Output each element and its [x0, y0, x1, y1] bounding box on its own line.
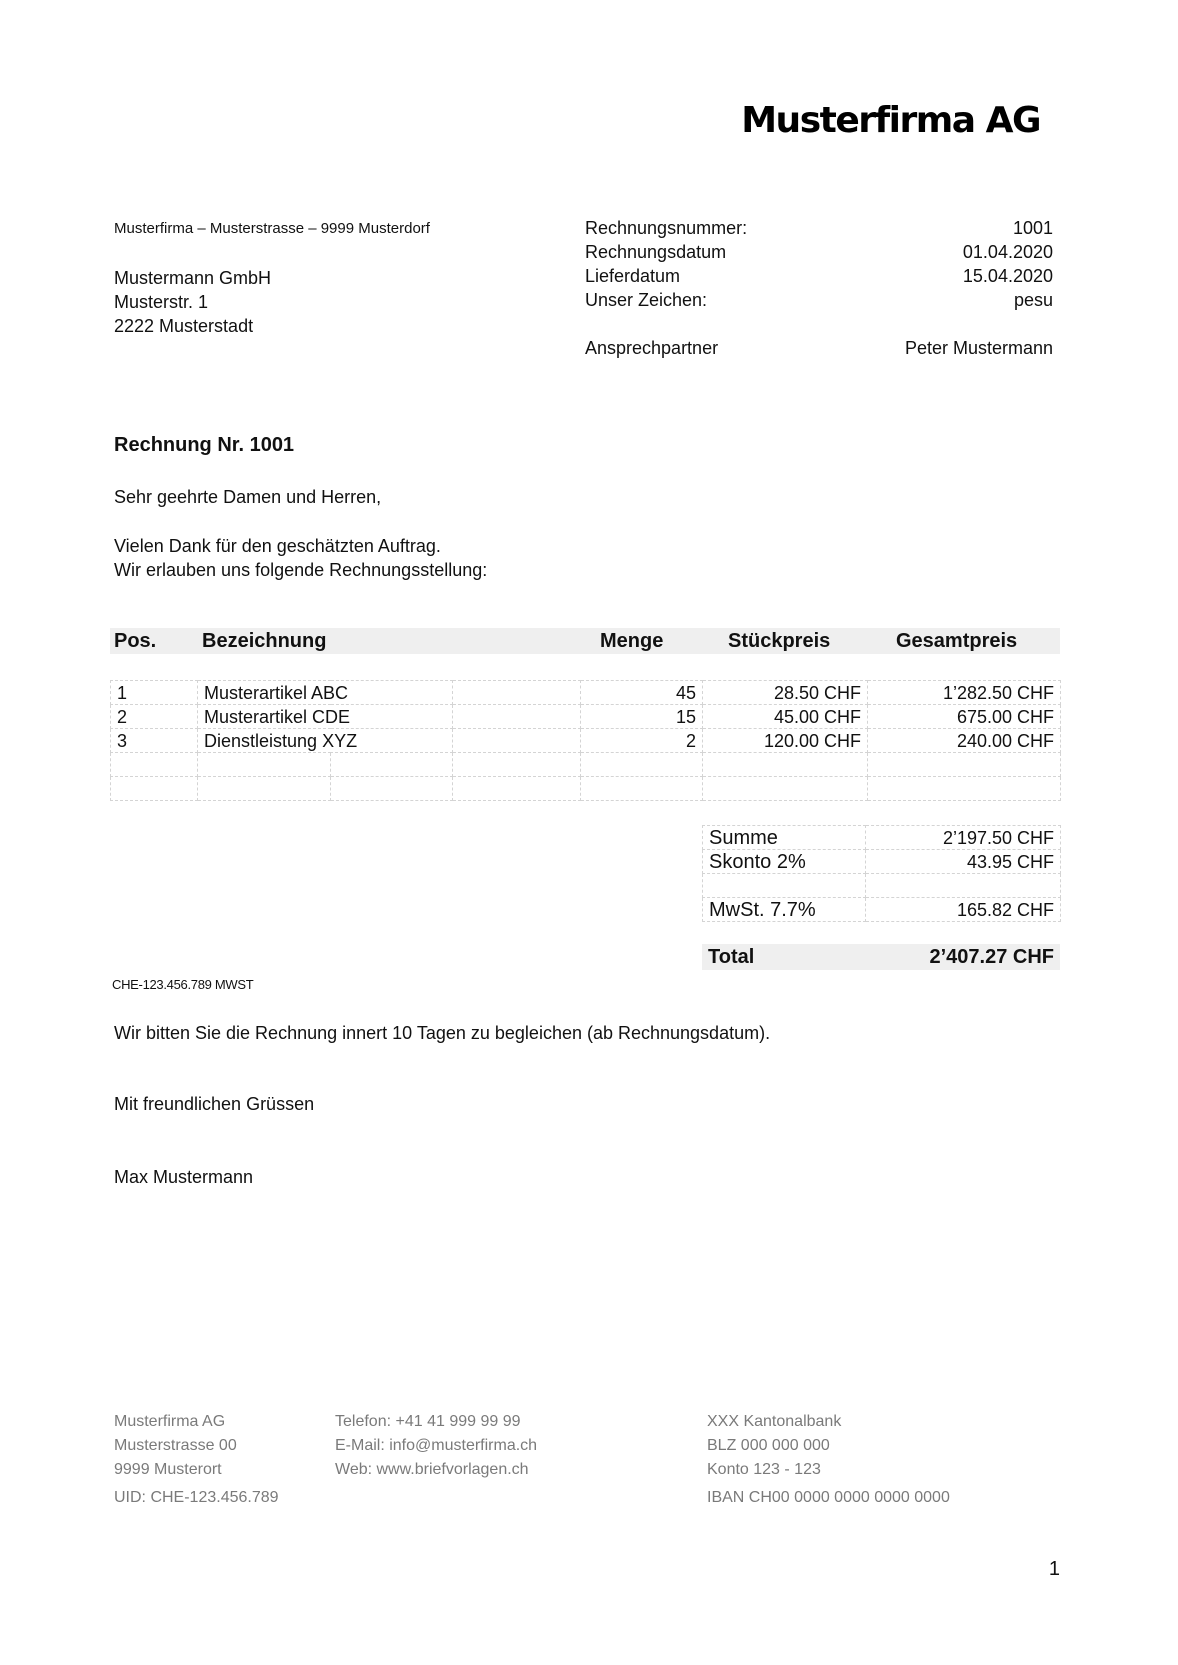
info-row-reference: Unser Zeichen: pesu: [585, 288, 1053, 312]
cell-pos: 2: [111, 705, 198, 729]
cell-unit-price: [703, 777, 868, 801]
cell-pos: [111, 753, 198, 777]
cell-empty: [198, 777, 331, 801]
table-row: 1Musterartikel ABC4528.50 CHF1’282.50 CH…: [111, 681, 1061, 705]
info-label: Lieferdatum: [585, 264, 680, 288]
cell-empty: [453, 753, 581, 777]
footer-email[interactable]: E-Mail: info@musterfirma.ch: [335, 1434, 537, 1458]
cell-empty: [453, 729, 581, 753]
cell-empty: [453, 777, 581, 801]
invoice-subject: Rechnung Nr. 1001: [114, 434, 294, 457]
footer-phone: Telefon: +41 41 999 99 99: [335, 1410, 537, 1434]
table-row: [111, 753, 1061, 777]
footer-iban: IBAN CH00 0000 0000 0000 0000: [707, 1486, 950, 1510]
cell-empty: [331, 753, 453, 777]
cell-unit-price: 45.00 CHF: [703, 705, 868, 729]
info-label: Rechnungsdatum: [585, 240, 726, 264]
cell-unit-price: [703, 753, 868, 777]
summary-value: 2’197.50 CHF: [866, 826, 1061, 850]
footer-uid: UID: CHE-123.456.789: [114, 1486, 279, 1510]
footer-line: BLZ 000 000 000: [707, 1434, 950, 1458]
recipient-address: Mustermann GmbH Musterstr. 1 2222 Muster…: [114, 266, 271, 338]
cell-unit-price: 120.00 CHF: [703, 729, 868, 753]
intro-text: Vielen Dank für den geschätzten Auftrag.…: [114, 534, 487, 582]
info-value: 01.04.2020: [963, 240, 1053, 264]
cell-total-price: 1’282.50 CHF: [868, 681, 1061, 705]
recipient-city: 2222 Musterstadt: [114, 314, 271, 338]
cell-description: Musterartikel CDE: [198, 705, 453, 729]
signature-name: Max Mustermann: [114, 1165, 253, 1189]
total-value: 2’407.27 CHF: [929, 944, 1054, 970]
intro-line-2: Wir erlauben uns folgende Rechnungsstell…: [114, 558, 487, 582]
cell-unit-price: 28.50 CHF: [703, 681, 868, 705]
vat-number-note: CHE-123.456.789 MWST: [112, 977, 253, 992]
items-table-header: Pos. Bezeichnung Menge Stückpreis Gesamt…: [110, 628, 1060, 654]
info-value: 1001: [1013, 216, 1053, 240]
table-row: 3Dienstleistung XYZ2120.00 CHF240.00 CHF: [111, 729, 1061, 753]
sender-return-address: Musterfirma – Musterstrasse – 9999 Muste…: [114, 220, 430, 237]
footer-line: XXX Kantonalbank: [707, 1410, 950, 1434]
footer-company: Musterfirma AG Musterstrasse 00 9999 Mus…: [114, 1410, 279, 1510]
info-value: pesu: [1014, 288, 1053, 312]
summary-value: 43.95 CHF: [866, 850, 1061, 874]
info-label: Ansprechpartner: [585, 336, 718, 360]
total-row: Total 2’407.27 CHF: [702, 944, 1060, 970]
summary-row: [703, 874, 1061, 898]
info-row-invoice-number: Rechnungsnummer: 1001: [585, 216, 1053, 240]
invoice-info-block: Rechnungsnummer: 1001 Rechnungsdatum 01.…: [585, 216, 1053, 360]
cell-pos: 1: [111, 681, 198, 705]
info-value: Peter Mustermann: [905, 336, 1053, 360]
header-unit-price: Stückpreis: [728, 628, 830, 654]
recipient-street: Musterstr. 1: [114, 290, 271, 314]
cell-total-price: [868, 753, 1061, 777]
items-table: 1Musterartikel ABC4528.50 CHF1’282.50 CH…: [110, 680, 1061, 801]
summary-row: MwSt. 7.7%165.82 CHF: [703, 898, 1061, 922]
header-total-price: Gesamtpreis: [896, 628, 1017, 654]
cell-total-price: 675.00 CHF: [868, 705, 1061, 729]
cell-pos: 3: [111, 729, 198, 753]
payment-terms: Wir bitten Sie die Rechnung innert 10 Ta…: [114, 1021, 770, 1045]
info-label: Unser Zeichen:: [585, 288, 707, 312]
summary-label: MwSt. 7.7%: [703, 898, 866, 922]
cell-empty: [331, 777, 453, 801]
summary-label: [703, 874, 866, 898]
footer-line: Konto 123 - 123: [707, 1458, 950, 1482]
info-row-delivery-date: Lieferdatum 15.04.2020: [585, 264, 1053, 288]
cell-empty: [453, 705, 581, 729]
footer-line: Musterfirma AG: [114, 1410, 279, 1434]
summary-label: Skonto 2%: [703, 850, 866, 874]
header-description: Bezeichnung: [202, 628, 326, 654]
footer-web[interactable]: Web: www.briefvorlagen.ch: [335, 1458, 537, 1482]
cell-total-price: [868, 777, 1061, 801]
footer-bank: XXX Kantonalbank BLZ 000 000 000 Konto 1…: [707, 1410, 950, 1510]
summary-label: Summe: [703, 826, 866, 850]
summary-row: Skonto 2%43.95 CHF: [703, 850, 1061, 874]
summary-row: Summe2’197.50 CHF: [703, 826, 1061, 850]
cell-description: Musterartikel ABC: [198, 681, 453, 705]
summary-table: Summe2’197.50 CHFSkonto 2%43.95 CHFMwSt.…: [702, 825, 1061, 922]
cell-quantity: 2: [581, 729, 703, 753]
info-label: Rechnungsnummer:: [585, 216, 747, 240]
closing: Mit freundlichen Grüssen: [114, 1092, 314, 1116]
cell-pos: [111, 777, 198, 801]
greeting: Sehr geehrte Damen und Herren,: [114, 485, 381, 509]
footer-line: 9999 Musterort: [114, 1458, 279, 1482]
company-name: Musterfirma AG: [700, 100, 1040, 141]
footer-line: Musterstrasse 00: [114, 1434, 279, 1458]
info-value: 15.04.2020: [963, 264, 1053, 288]
intro-line-1: Vielen Dank für den geschätzten Auftrag.: [114, 534, 487, 558]
recipient-name: Mustermann GmbH: [114, 266, 271, 290]
footer-contact: Telefon: +41 41 999 99 99 E-Mail: info@m…: [335, 1410, 537, 1482]
cell-quantity: 45: [581, 681, 703, 705]
info-row-contact: Ansprechpartner Peter Mustermann: [585, 336, 1053, 360]
cell-quantity: [581, 753, 703, 777]
cell-quantity: 15: [581, 705, 703, 729]
cell-total-price: 240.00 CHF: [868, 729, 1061, 753]
page-number: 1: [1040, 1558, 1060, 1581]
summary-value: 165.82 CHF: [866, 898, 1061, 922]
cell-quantity: [581, 777, 703, 801]
table-row: 2Musterartikel CDE1545.00 CHF675.00 CHF: [111, 705, 1061, 729]
info-row-invoice-date: Rechnungsdatum 01.04.2020: [585, 240, 1053, 264]
cell-empty: [453, 681, 581, 705]
cell-description: Dienstleistung XYZ: [198, 729, 453, 753]
table-row: [111, 777, 1061, 801]
header-quantity: Menge: [600, 628, 663, 654]
header-pos: Pos.: [114, 628, 156, 654]
summary-value: [866, 874, 1061, 898]
cell-empty: [198, 753, 331, 777]
total-label: Total: [708, 944, 754, 970]
